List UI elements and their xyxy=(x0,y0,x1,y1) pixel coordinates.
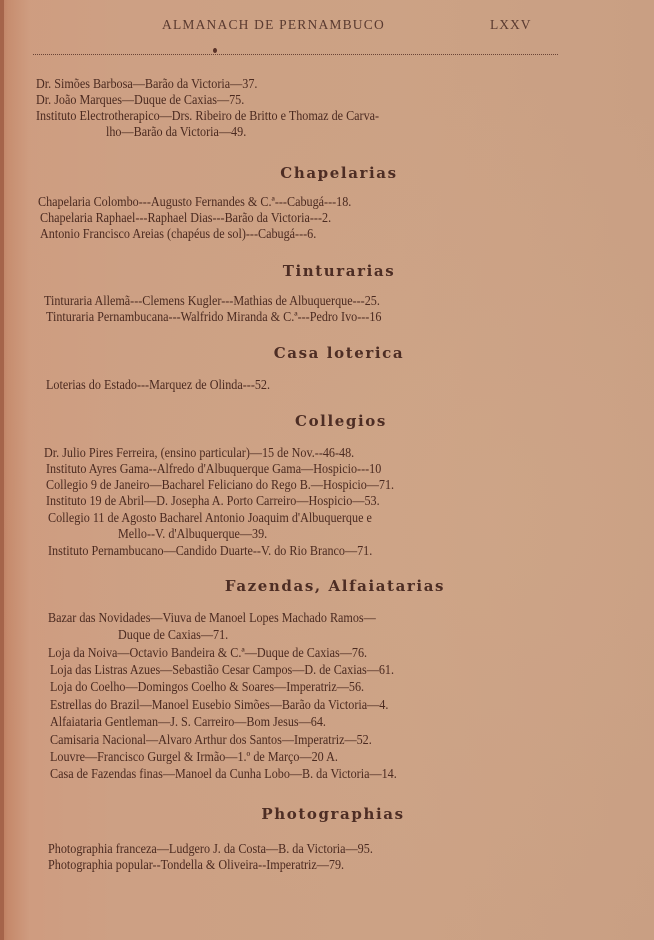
section-heading-photographias: Photographias xyxy=(0,805,654,823)
entry-line: Antonio Francisco Areias (chapéus de sol… xyxy=(40,226,316,241)
entry-line: Tinturaria Allemã---Clemens Kugler---Mat… xyxy=(44,293,380,308)
entry-line: Photographia popular--Tondella & Oliveir… xyxy=(48,857,344,872)
entry-line: Loja da Noiva—Octavio Bandeira & C.ª—Duq… xyxy=(48,645,367,660)
section-heading-tinturarias: Tinturarias xyxy=(0,262,654,280)
entry-line: Collegio 9 de Janeiro—Bacharel Feliciano… xyxy=(46,477,394,492)
entry-line: Instituto Electrotherapico—Drs. Ribeiro … xyxy=(36,108,379,123)
entry-line: Chapelaria Colombo---Augusto Fernandes &… xyxy=(38,194,351,209)
entry-line: Photographia franceza—Ludgero J. da Cost… xyxy=(48,841,373,856)
entry-line: Dr. João Marques—Duque de Caxias—75. xyxy=(36,92,244,107)
running-header: ALMANACH DE PERNAMBUCO LXXV xyxy=(0,17,654,37)
entry-line: Instituto 19 de Abril—D. Josepha A. Port… xyxy=(46,493,380,508)
entry-line: Collegio 11 de Agosto Bacharel Antonio J… xyxy=(48,510,372,525)
entry-line: Louvre—Francisco Gurgel & Irmão—1.º de M… xyxy=(50,749,338,764)
entry-line: Loja das Listras Azues—Sebastião Cesar C… xyxy=(50,662,394,677)
entry-line: Dr. Julio Pires Ferreira, (ensino partic… xyxy=(44,445,354,460)
header-title: ALMANACH DE PERNAMBUCO xyxy=(162,17,385,33)
page-number: LXXV xyxy=(490,17,532,33)
entry-line: Loja do Coelho—Domingos Coelho & Soares—… xyxy=(50,679,364,694)
entry-line-continuation: lho—Barão da Victoria—49. xyxy=(106,124,246,139)
entry-line-continuation: Duque de Caxias—71. xyxy=(118,627,228,642)
section-heading-chapelarias: Chapelarias xyxy=(0,164,654,182)
entry-line: Alfaiataria Gentleman—J. S. Carreiro—Bom… xyxy=(50,714,326,729)
rule-ornament xyxy=(213,48,217,53)
entry-line: Instituto Ayres Gama--Alfredo d'Albuquer… xyxy=(46,461,381,476)
entry-line: Camisaria Nacional—Alvaro Arthur dos San… xyxy=(50,732,372,747)
entry-line-continuation: Mello--V. d'Albuquerque—39. xyxy=(118,526,267,541)
section-heading-collegios: Collegios xyxy=(0,412,654,430)
page-edge xyxy=(0,0,4,940)
entry-line: Estrellas do Brazil—Manoel Eusebio Simõe… xyxy=(50,697,388,712)
section-heading-casa-loterica: Casa loterica xyxy=(0,344,654,362)
entry-line: Bazar das Novidades—Viuva de Manoel Lope… xyxy=(48,610,376,625)
header-rule xyxy=(33,54,558,55)
scanned-page: ALMANACH DE PERNAMBUCO LXXV Dr. Simões B… xyxy=(0,0,654,940)
section-heading-fazendas-alfaiatarias: Fazendas, Alfaiatarias xyxy=(0,577,654,595)
entry-line: Instituto Pernambucano—Candido Duarte--V… xyxy=(48,543,372,558)
entry-line: Dr. Simões Barbosa—Barão da Victoria—37. xyxy=(36,76,257,91)
entry-line: Tinturaria Pernambucana---Walfrido Miran… xyxy=(46,309,381,324)
entry-line: Chapelaria Raphael---Raphael Dias---Barã… xyxy=(40,210,331,225)
entry-line: Casa de Fazendas finas—Manoel da Cunha L… xyxy=(50,766,397,781)
entry-line: Loterias do Estado---Marquez de Olinda--… xyxy=(46,377,270,392)
